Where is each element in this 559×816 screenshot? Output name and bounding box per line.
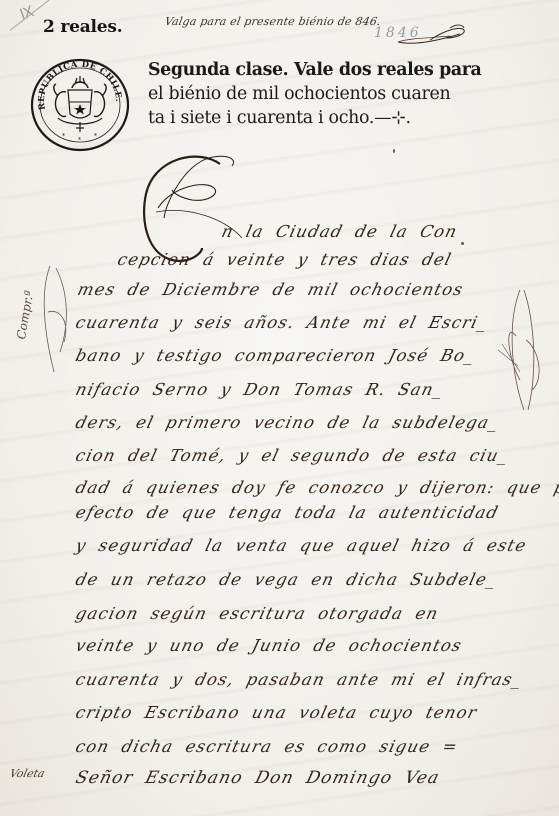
body-line-4: cuarenta y seis años. Ante mi el Escri_ [74,313,490,332]
margin-right-flourish-icon [494,280,554,420]
margin-left-flourish-icon [20,262,80,382]
body-line-1: n la Ciudad de la Con [220,222,460,241]
svg-text:REPUBLICA DE CHILE.: REPUBLICA DE CHILE. [36,59,124,111]
margin-bottom-note: Voleta [8,767,46,780]
body-line-15: cuarenta y dos, pasaban ante mi el infra… [74,670,525,689]
body-line-17: con dicha escritura es como sigue = [74,737,461,756]
flourish-icon [390,20,470,50]
stamp-text-line-1: Segunda clase. Vale dos reales para [148,58,528,82]
stamp-text-line-2: el biénio de mil ochocientos cuaren [148,82,528,106]
ink-blot [461,242,464,245]
document-page: IX 2 reales. Valga para el presente bién… [0,0,559,816]
body-line-3: mes de Diciembre de mil ochocientos [76,280,466,299]
svg-text:*: * [94,133,97,140]
body-line-8: cion del Tomé, y el segundo de esta ciu_ [74,446,511,465]
svg-text:*: * [62,133,65,140]
body-line-11: y seguridad la venta que aquel hizo á es… [74,536,529,555]
svg-text:*: * [78,137,81,144]
body-line-16: cripto Escribano una voleta cuyo tenor [74,703,480,722]
seal-republica-de-chile-icon: REPUBLICA DE CHILE. * * * [28,56,132,154]
body-line-9: dad á quienes doy fe conozco y dijeron: … [74,478,559,497]
header-handwritten-note: Valga para el presente biénio de 846. [164,15,382,28]
body-line-10: efecto de que tenga toda la autenticidad [74,503,501,522]
body-line-5: bano y testigo comparecieron José Bo_ [74,346,478,365]
body-line-14: veinte y uno de Junio de ochocientos [74,636,465,655]
body-line-12: de un retazo de vega en dicha Subdele_ [74,570,499,589]
body-line-2: cepcion á veinte y tres dias del [116,250,454,269]
body-line-6: nifacio Serno y Don Tomas R. San_ [74,380,446,399]
svg-text:E: E [167,215,169,217]
body-final-line: Señor Escribano Don Domingo Vea [74,768,442,788]
ink-blot [393,149,395,153]
stamp-text-line-3: ta i siete i cuarenta i ocho.—⊹. [148,106,528,130]
body-line-7: ders, el primero vecino de la subdelega_ [74,413,501,432]
stamp-value-label: 2 reales. [43,17,123,37]
stamp-printed-text: Segunda clase. Vale dos reales para el b… [148,58,528,130]
body-line-13: gacion según escritura otorgada en [74,604,441,623]
